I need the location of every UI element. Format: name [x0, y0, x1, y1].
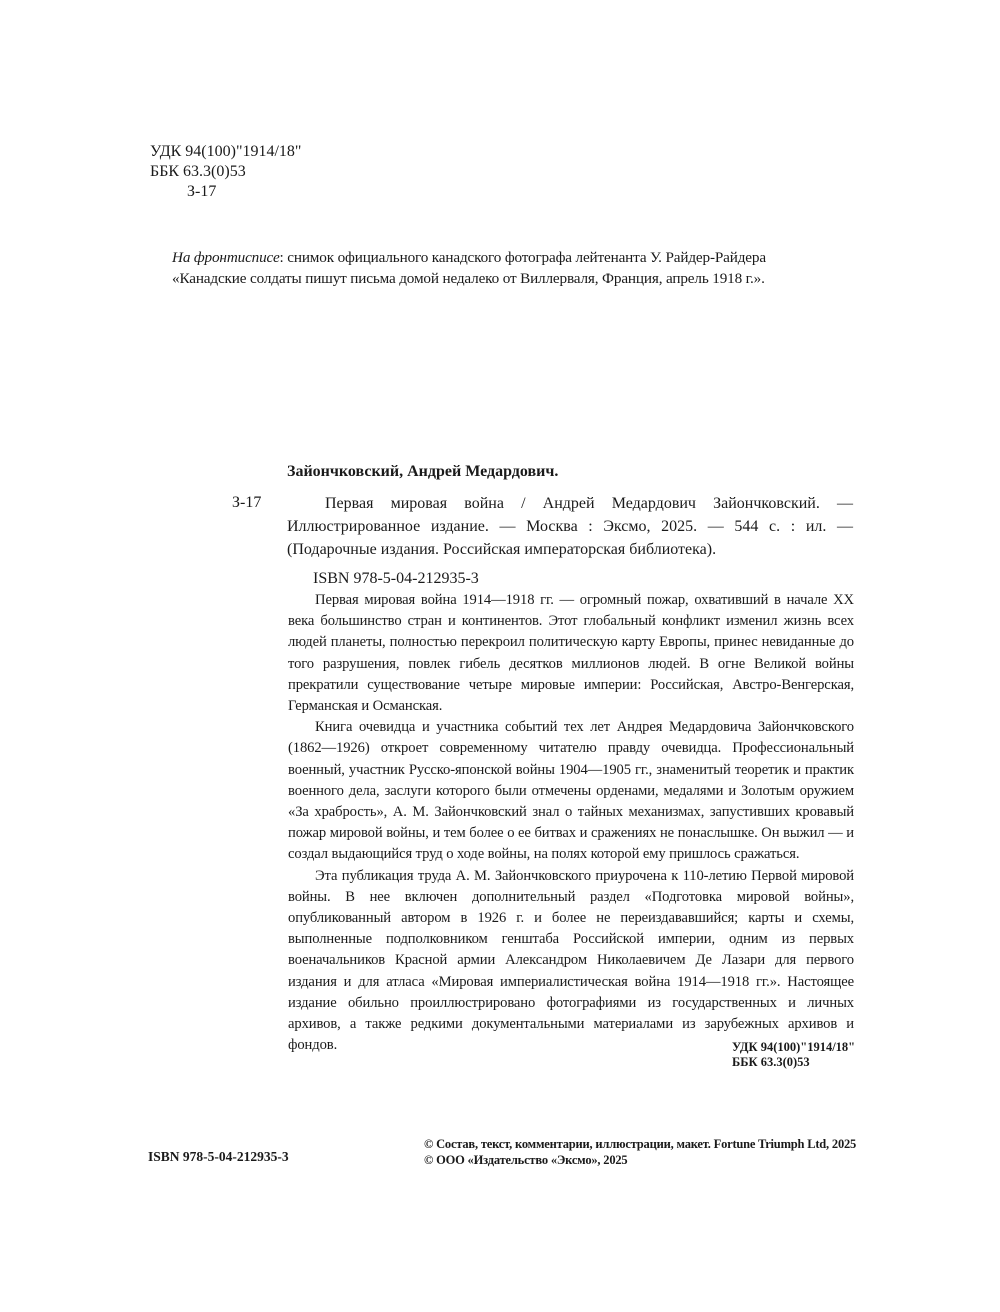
bbk-code: ББК 63.3(0)53	[150, 162, 301, 182]
annotation: Первая мировая война 1914—1918 гг. — огр…	[288, 590, 854, 1056]
card-isbn: ISBN 978-5-04-212935-3	[313, 568, 479, 590]
footer-isbn: ISBN 978-5-04-212935-3	[148, 1149, 289, 1165]
frontispiece-label: На фронтисписе	[172, 249, 280, 266]
copyright-block: © Состав, текст, комментарии, иллюстраци…	[424, 1137, 856, 1168]
frontispiece-text: : снимок официального канадского фотогра…	[280, 249, 766, 266]
annotation-paragraph: Книга очевидца и участника событий тех л…	[288, 717, 854, 865]
frontispiece-line-2: «Канадские солдаты пишут письма домой не…	[172, 268, 842, 289]
frontispiece-caption: На фронтисписе: снимок официального кана…	[172, 247, 842, 289]
classification-bottom: УДК 94(100)"1914/18" ББК 63.3(0)53	[732, 1040, 855, 1070]
author-heading: Зайончковский, Андрей Медардович.	[287, 462, 558, 482]
bibliographic-description: Первая мировая война / Андрей Медардович…	[287, 492, 853, 561]
bbk-code-bottom: ББК 63.3(0)53	[732, 1055, 855, 1070]
udk-code: УДК 94(100)"1914/18"	[150, 142, 301, 162]
udk-code-bottom: УДК 94(100)"1914/18"	[732, 1040, 855, 1055]
author-mark: З-17	[150, 182, 301, 202]
card-author-mark: З-17	[232, 492, 261, 514]
bibliographic-text: Первая мировая война / Андрей Медардович…	[287, 492, 853, 561]
frontispiece-line-1: На фронтисписе: снимок официального кана…	[172, 247, 842, 268]
copyright-line: © ООО «Издательство «Эксмо», 2025	[424, 1153, 856, 1169]
annotation-paragraph: Первая мировая война 1914—1918 гг. — огр…	[288, 590, 854, 717]
classification-top: УДК 94(100)"1914/18" ББК 63.3(0)53 З-17	[150, 142, 301, 202]
copyright-line: © Состав, текст, комментарии, иллюстраци…	[424, 1137, 856, 1153]
annotation-paragraph: Эта публикация труда А. М. Зайончковског…	[288, 866, 854, 1057]
